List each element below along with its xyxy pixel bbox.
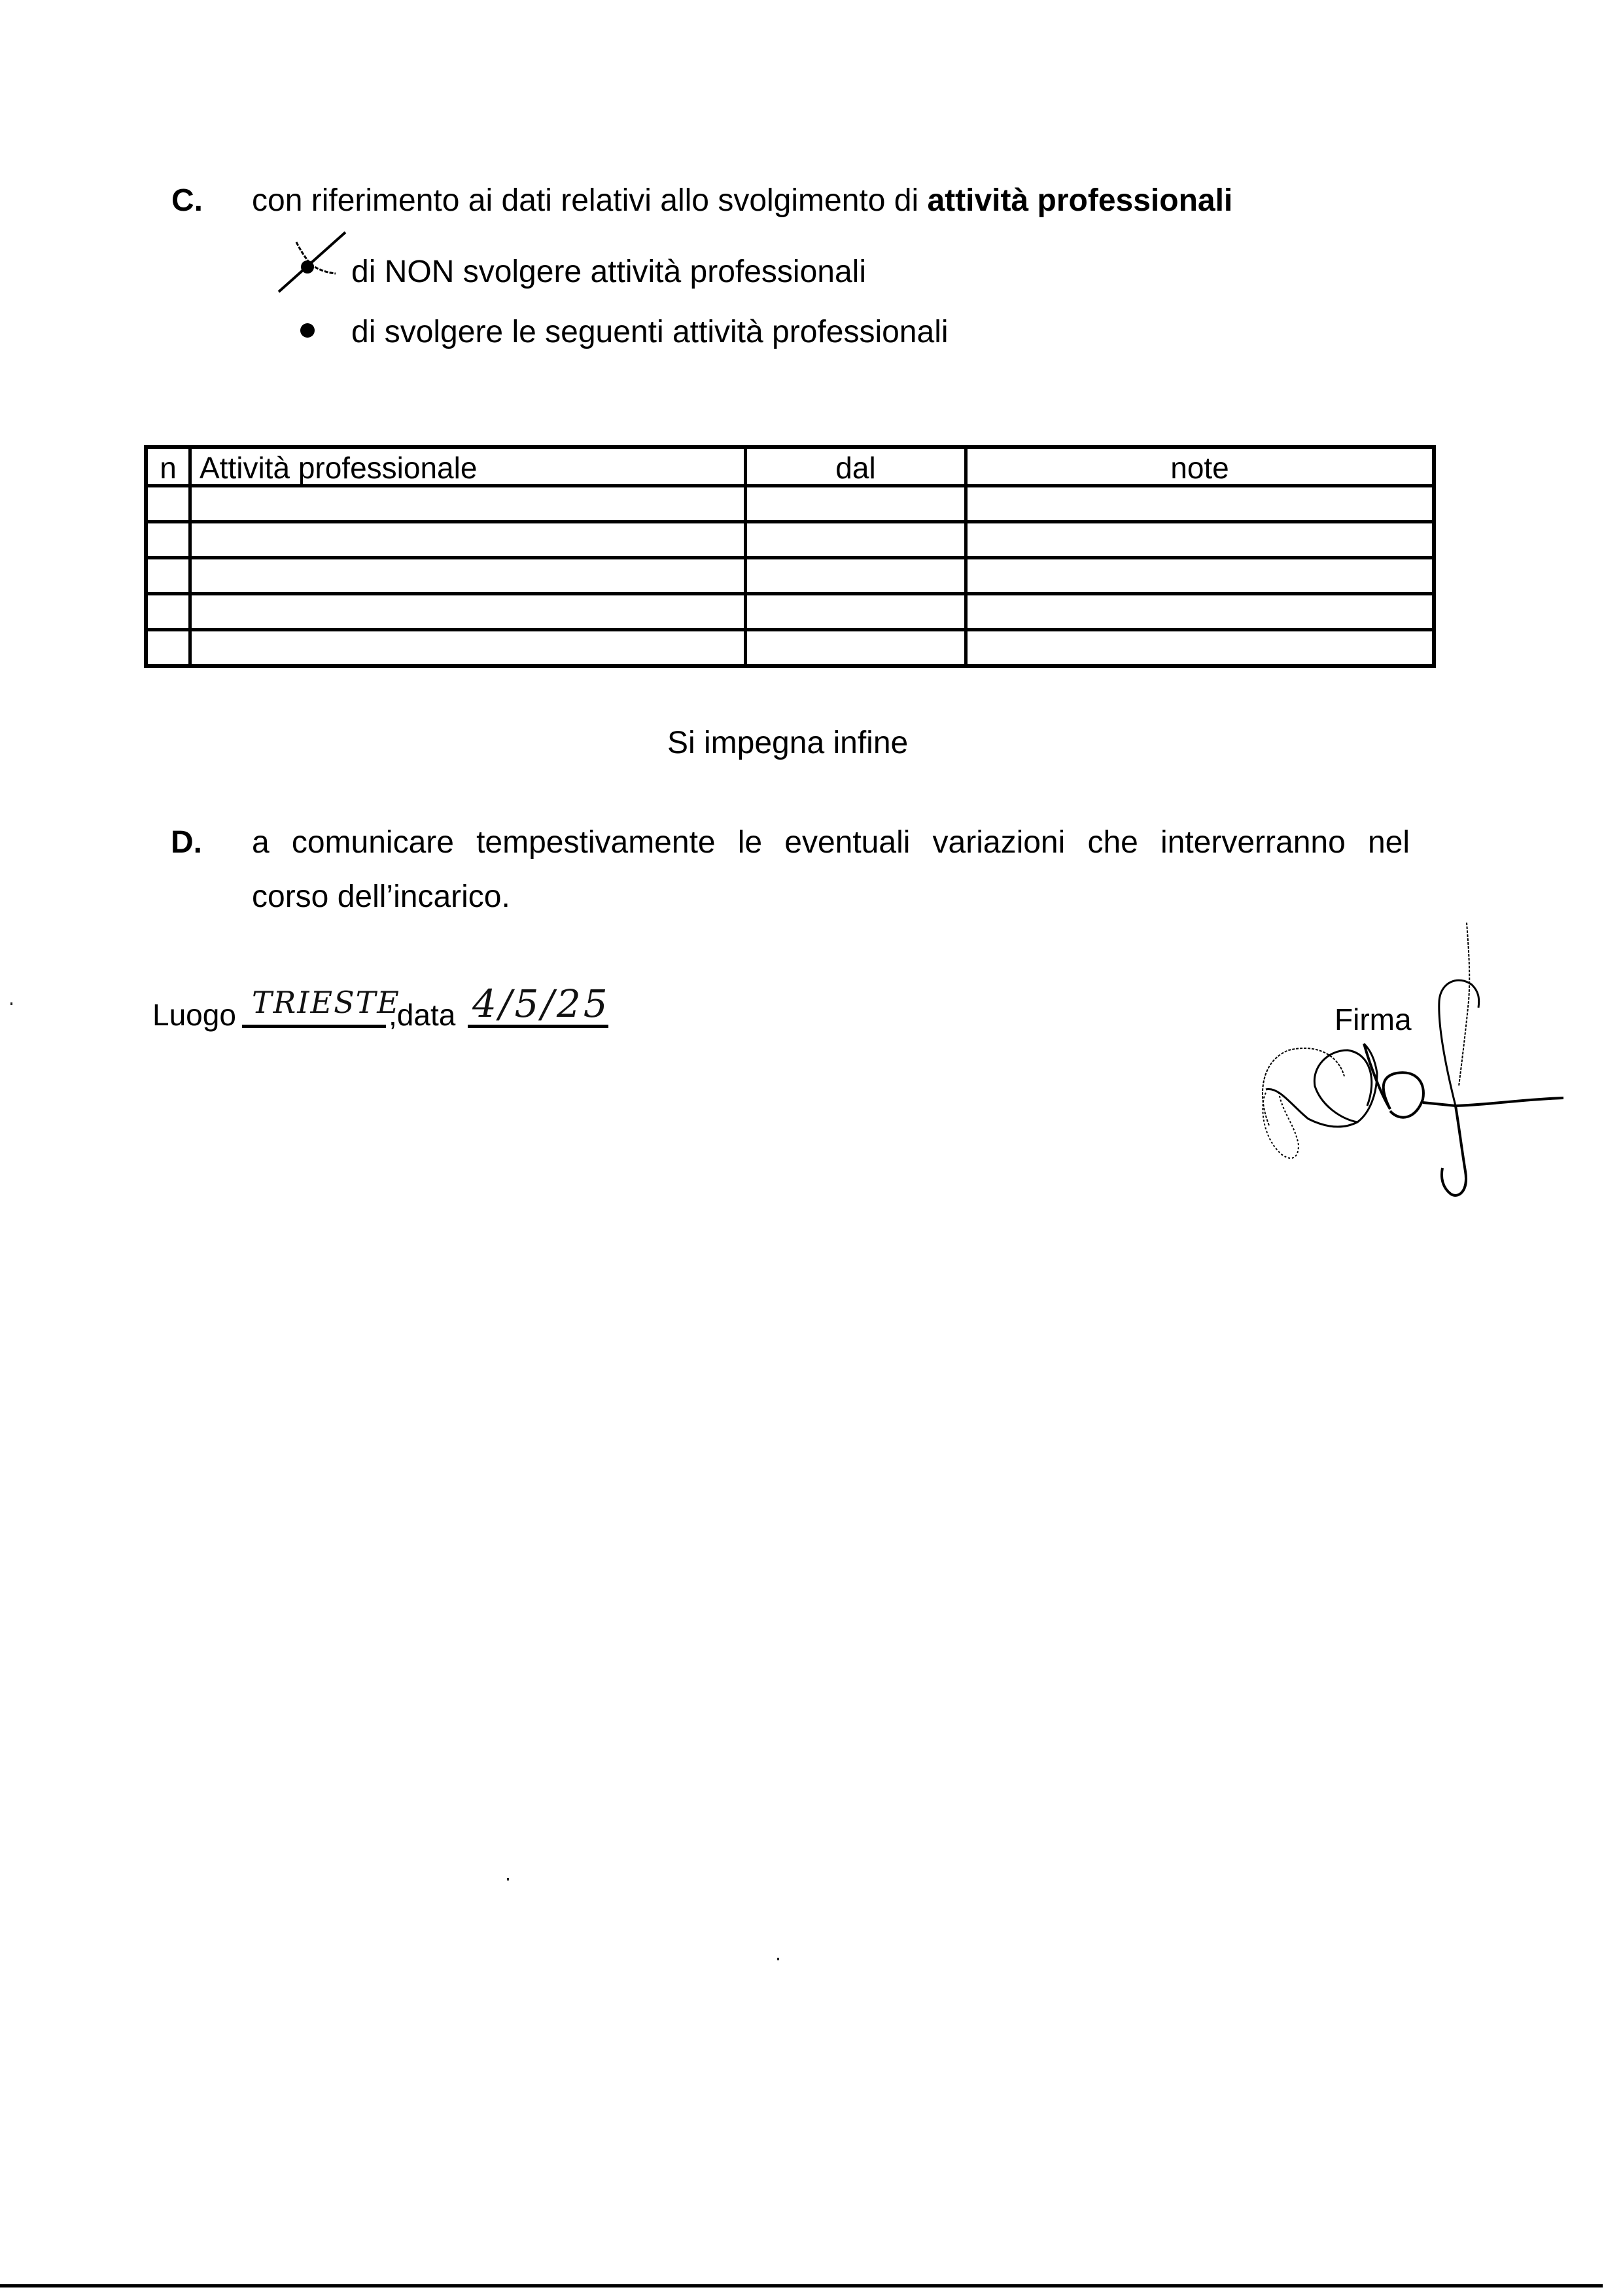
date-label: ,data — [389, 1000, 455, 1030]
cell-n[interactable] — [146, 594, 190, 630]
handwritten-x-check-icon[interactable] — [273, 229, 358, 294]
professional-activities-table: n Attività professionale dal note — [144, 445, 1436, 668]
table-row — [146, 594, 1434, 630]
cell-since[interactable] — [746, 486, 966, 522]
cell-since[interactable] — [746, 594, 966, 630]
cell-activity[interactable] — [190, 522, 746, 558]
table-row — [146, 522, 1434, 558]
bottom-rule — [0, 2284, 1603, 2287]
scan-speck — [777, 1958, 779, 1960]
scan-speck — [10, 1002, 12, 1005]
section-c-text-bold: attività professionali — [927, 183, 1232, 218]
cell-n[interactable] — [146, 486, 190, 522]
cell-since[interactable] — [746, 630, 966, 667]
cell-notes[interactable] — [966, 594, 1435, 630]
header-n: n — [146, 447, 190, 486]
place-handwritten-value: TRIESTE — [252, 985, 400, 1020]
handwritten-signature-icon[interactable] — [1230, 903, 1570, 1204]
table-header-row: n Attività professionale dal note — [146, 447, 1434, 486]
section-c-text: con riferimento ai dati relativi allo sv… — [252, 185, 1232, 217]
cell-notes[interactable] — [966, 630, 1435, 667]
cell-since[interactable] — [746, 522, 966, 558]
section-d-letter: D. — [171, 827, 202, 858]
cell-activity[interactable] — [190, 630, 746, 667]
section-c-letter: C. — [171, 185, 203, 217]
cell-n[interactable] — [146, 522, 190, 558]
place-label: Luogo — [152, 1000, 236, 1030]
cell-notes[interactable] — [966, 558, 1435, 594]
commitment-heading: Si impegna infine — [667, 728, 908, 759]
cell-n[interactable] — [146, 630, 190, 667]
cell-notes[interactable] — [966, 486, 1435, 522]
option-performing-activities[interactable]: di svolgere le seguenti attività profess… — [351, 317, 949, 348]
cell-n[interactable] — [146, 558, 190, 594]
header-activity: Attività professionale — [190, 447, 746, 486]
table-row — [146, 486, 1434, 522]
header-since: dal — [746, 447, 966, 486]
cell-notes[interactable] — [966, 522, 1435, 558]
option-not-performing-activities[interactable]: di NON svolgere attività professionali — [351, 256, 866, 288]
section-d-text-line2: corso dell’incarico. — [252, 881, 510, 913]
date-handwritten-value: 4/5/25 — [472, 981, 610, 1026]
table-row — [146, 630, 1434, 667]
cell-since[interactable] — [746, 558, 966, 594]
header-notes: note — [966, 447, 1435, 486]
scan-speck — [507, 1878, 509, 1881]
cell-activity[interactable] — [190, 558, 746, 594]
table-row — [146, 558, 1434, 594]
cell-activity[interactable] — [190, 594, 746, 630]
cell-activity[interactable] — [190, 486, 746, 522]
section-c-text-regular: con riferimento ai dati relativi allo sv… — [252, 183, 927, 218]
bullet-icon[interactable] — [300, 323, 315, 338]
section-d-text-line1: a comunicare tempestivamente le eventual… — [252, 827, 1410, 858]
